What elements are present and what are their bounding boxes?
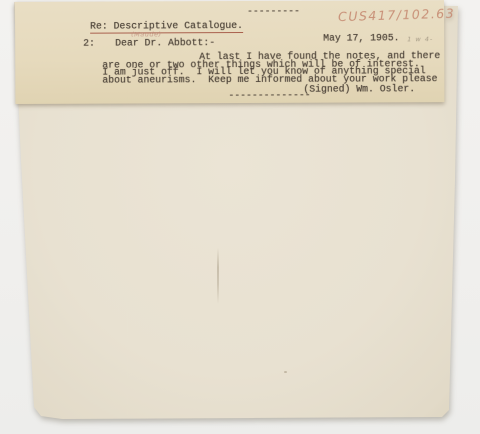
pencil-annotation: 1 w 4- — [407, 36, 433, 43]
paper-crease — [217, 248, 219, 304]
salutation-line: Dear Dr. Abbott:- — [115, 38, 215, 48]
divider-dashes-top: --------- — [247, 7, 300, 17]
subject-line: Re: Descriptive Catalogue. — [90, 21, 243, 34]
handwritten-reference-number: CUS417/102.63 — [338, 8, 455, 24]
paper-speck — [284, 371, 287, 373]
date-line: May 17, 1905. — [323, 33, 399, 43]
typed-note-slip: --------- Re: Descriptive Catalogue. CUS… — [15, 0, 444, 104]
scanned-letter-view: --------- Re: Descriptive Catalogue. CUS… — [0, 0, 480, 434]
item-number: 2: — [83, 39, 95, 49]
divider-dashes-bottom: -------------- — [228, 90, 310, 100]
signature-line: (Signed) Wm. Osler. — [303, 84, 415, 94]
